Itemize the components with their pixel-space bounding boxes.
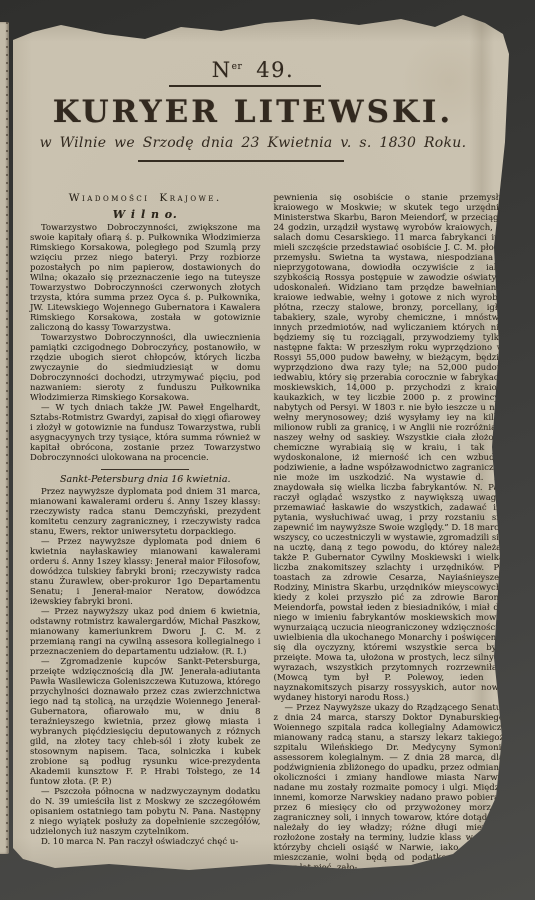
masthead: Ner49. KURYER LITEWSKI. w Wilnie we Srzo… bbox=[13, 58, 499, 162]
article-paragraph: — W tych dniach także JW. Paweł Engelhar… bbox=[30, 403, 261, 463]
issue-superscript: er bbox=[232, 62, 243, 72]
issue-number: Ner49. bbox=[13, 58, 499, 82]
column-right: pewnienia się osobiście o stanie przemys… bbox=[274, 193, 505, 872]
scan-background: Ner49. KURYER LITEWSKI. w Wilnie we Srzo… bbox=[0, 0, 535, 900]
article-paragraph: — Zgromadzenie kupców Sankt-Petersburga,… bbox=[30, 657, 261, 787]
article-paragraph: Sankt-Petersburg dnia 16 kwietnia. bbox=[30, 475, 261, 485]
rule-under-dateline bbox=[138, 160, 344, 162]
article-paragraph: — Przez Naywyższe ukazy do Rządzącego Se… bbox=[274, 703, 505, 872]
article-paragraph: Przez naywyższe dyplomata pod dniem 31 m… bbox=[30, 487, 261, 537]
issue-value: 49. bbox=[256, 58, 294, 82]
article-paragraph: Towarzystwo Dobroczynności, zwiększone m… bbox=[30, 223, 261, 333]
article-paragraph: D. 10 marca N. Pan raczył oświadczyć chę… bbox=[30, 837, 261, 847]
dateline: w Wilnie we Srzodę dnia 23 Kwietnia v. s… bbox=[13, 135, 499, 151]
issue-prefix: N bbox=[212, 58, 232, 82]
section-divider bbox=[101, 469, 189, 470]
rule-under-issue bbox=[169, 85, 321, 87]
column-left: Wiadomości Krajowe.W i l n o.Towarzystwo… bbox=[30, 193, 261, 872]
article-paragraph: pewnienia się osobiście o stanie przemys… bbox=[274, 193, 505, 703]
adjacent-page-edge bbox=[0, 22, 9, 854]
article-paragraph: — Przez naywyższe dyplomata pod dniem 6 … bbox=[30, 537, 261, 607]
article-paragraph: Towarzystwo Dobroczynności, dla uwieczni… bbox=[30, 333, 261, 403]
article-paragraph: — Przez naywyższy ukaz pod dniem 6 kwiet… bbox=[30, 607, 261, 657]
newspaper-title: KURYER LITEWSKI. bbox=[13, 94, 499, 130]
article-paragraph: W i l n o. bbox=[30, 210, 261, 220]
article-columns: Wiadomości Krajowe.W i l n o.Towarzystwo… bbox=[30, 193, 504, 872]
article-paragraph: Wiadomości Krajowe. bbox=[30, 193, 261, 203]
article-paragraph: — Pszczoła północna w nadzwyczaynym doda… bbox=[30, 787, 261, 837]
newspaper-page: Ner49. KURYER LITEWSKI. w Wilnie we Srzo… bbox=[13, 12, 509, 872]
